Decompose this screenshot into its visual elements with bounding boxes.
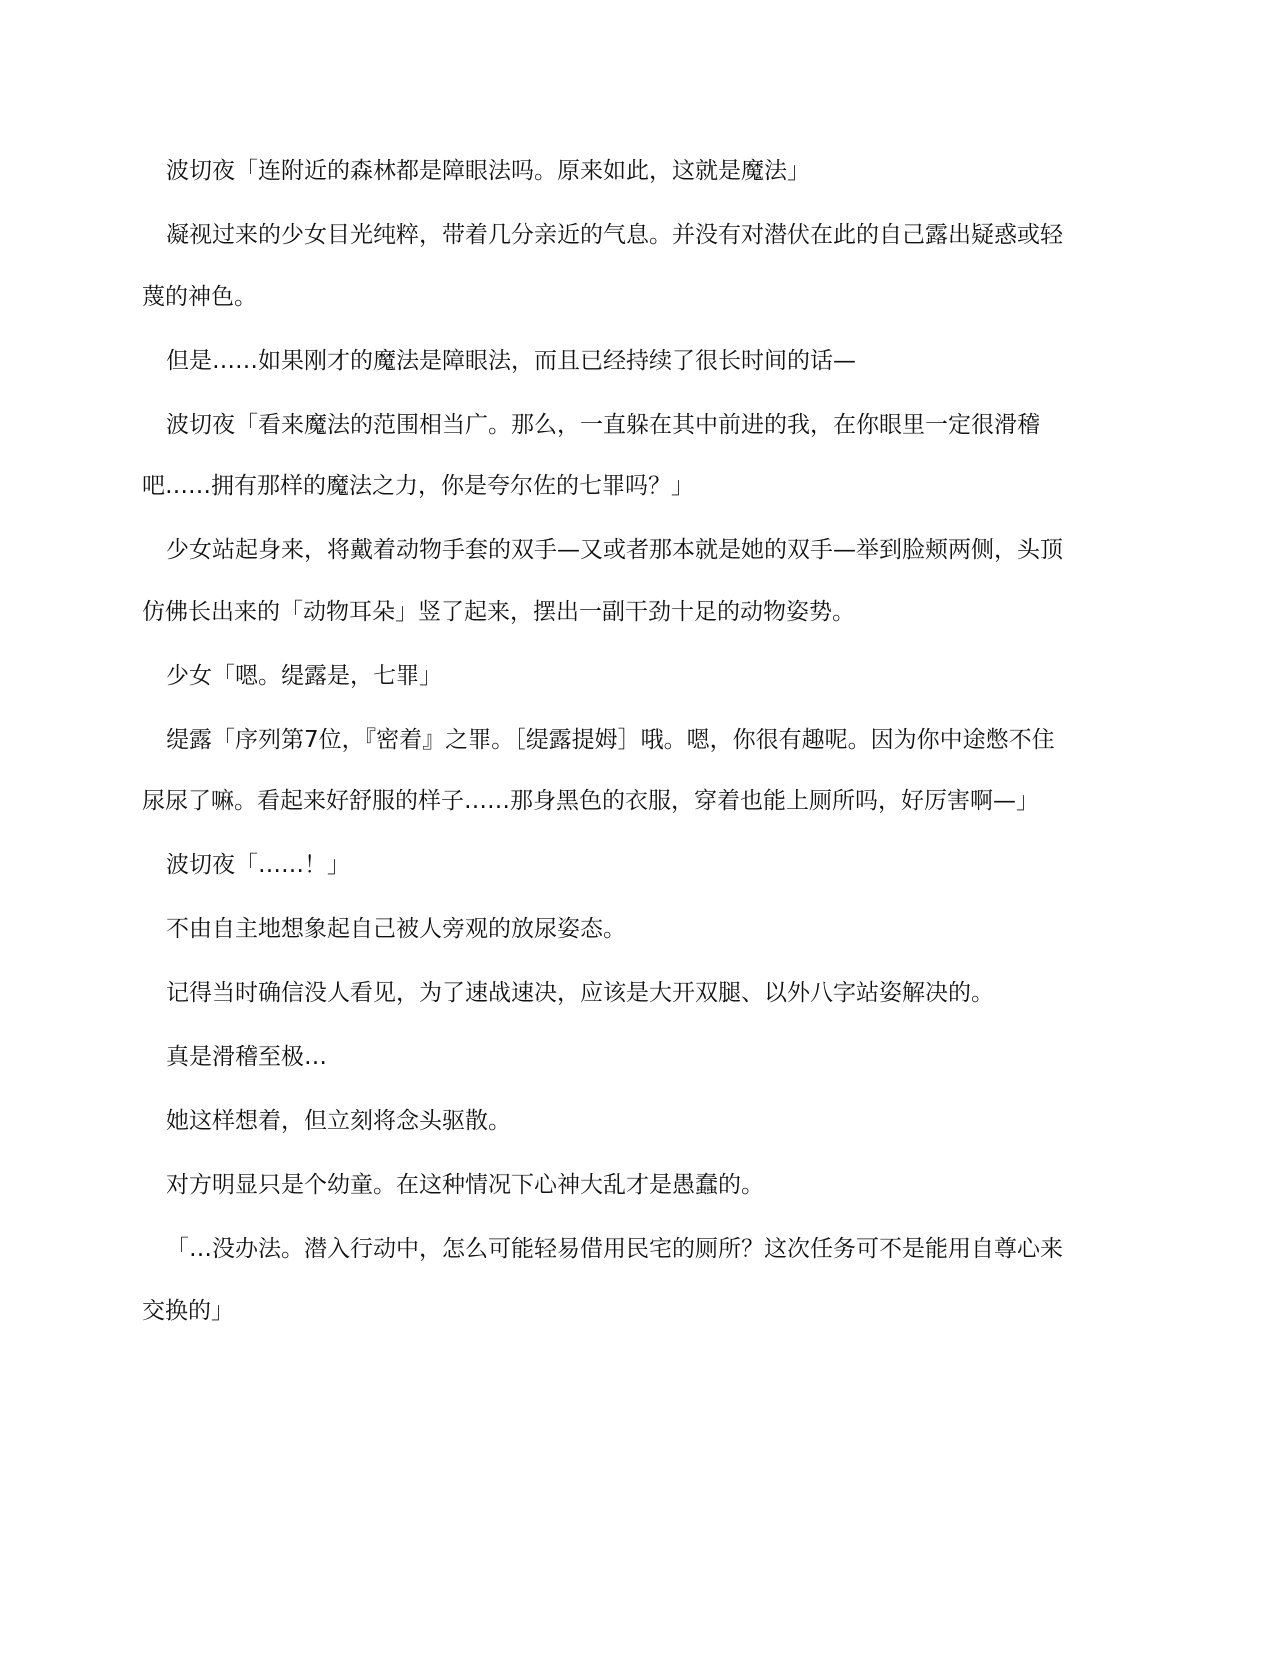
- paragraph: 对方明显只是个幼童。在这种情况下心神大乱才是愚蠢的。: [142, 1155, 1077, 1217]
- document-page: 波切夜「连附近的森林都是障眼法吗。原来如此，这就是魔法」 凝视过来的少女目光纯粹…: [0, 0, 1280, 1656]
- paragraph: 她这样想着，但立刻将念头驱散。: [142, 1091, 1077, 1153]
- paragraph: 少女站起身来，将戴着动物手套的双手—又或者那本就是她的双手—举到脸颊两侧，头顶仿…: [142, 520, 1077, 643]
- paragraph: 真是滑稽至极…: [142, 1027, 1077, 1089]
- paragraph: 记得当时确信没人看见，为了速战速决，应该是大开双腿、以外八字站姿解决的。: [142, 963, 1077, 1025]
- paragraph: 缇露「序列第7位，『密着』之罪。［缇露提姆］哦。嗯，你很有趣呢。因为你中途憋不住…: [142, 710, 1077, 833]
- paragraph: 但是……如果刚才的魔法是障眼法，而且已经持续了很长时间的话—: [142, 331, 1077, 393]
- paragraph: 凝视过来的少女目光纯粹，带着几分亲近的气息。并没有对潜伏在此的自己露出疑惑或轻蔑…: [142, 205, 1077, 328]
- novel-text-body: 波切夜「连附近的森林都是障眼法吗。原来如此，这就是魔法」 凝视过来的少女目光纯粹…: [142, 141, 1077, 1345]
- paragraph: 波切夜「看来魔法的范围相当广。那么，一直躲在其中前进的我，在你眼里一定很滑稽吧……: [142, 395, 1077, 518]
- paragraph: 少女「嗯。缇露是，七罪」: [142, 646, 1077, 708]
- paragraph: 波切夜「……！」: [142, 835, 1077, 897]
- paragraph: 「…没办法。潜入行动中，怎么可能轻易借用民宅的厕所？这次任务可不是能用自尊心来交…: [142, 1219, 1077, 1342]
- paragraph: 不由自主地想象起自己被人旁观的放尿姿态。: [142, 899, 1077, 961]
- paragraph: 波切夜「连附近的森林都是障眼法吗。原来如此，这就是魔法」: [142, 141, 1077, 203]
